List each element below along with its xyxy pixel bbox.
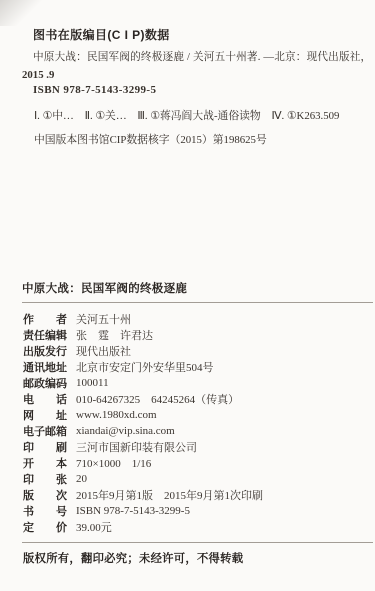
cip-entry-line1: 中原大战：民国军阀的终极逐鹿 / 关河五十州著. —北京：现代出版社， xyxy=(33,51,371,64)
publication-row: 电 话 010-64267325 64245264（传真） xyxy=(23,391,368,407)
publication-row-label: 印 刷 xyxy=(23,439,68,455)
publication-row-value: 39.00元 xyxy=(76,519,112,535)
publication-row-value: 20 xyxy=(76,473,87,485)
publication-row-label: 邮政编码 xyxy=(23,375,68,391)
publication-row-label: 印 张 xyxy=(23,471,68,487)
divider-bottom xyxy=(22,542,373,543)
publication-row-value: 张 霆 许君达 xyxy=(76,327,153,343)
cip-heading: 图书在版编目(C I P)数据 xyxy=(33,28,170,43)
publication-row: 通讯地址 北京市安定门外安华里504号 xyxy=(23,359,368,375)
publication-row: 作 者 关河五十州 xyxy=(23,311,368,327)
publication-row-value: ISBN 978-7-5143-3299-5 xyxy=(76,505,190,517)
publication-row: 印 张 20 xyxy=(23,471,368,487)
publication-row-label: 作 者 xyxy=(23,311,68,327)
publication-row: 开 本 710×1000 1/16 xyxy=(23,455,368,471)
publication-row: 邮政编码 100011 xyxy=(23,375,368,391)
publication-row-value: 现代出版社 xyxy=(76,343,131,359)
publication-row-label: 版 次 xyxy=(23,487,68,503)
publication-row-label: 开 本 xyxy=(23,455,68,471)
publication-row: 书 号 ISBN 978-7-5143-3299-5 xyxy=(23,503,368,519)
publication-row-label: 网 址 xyxy=(23,407,68,423)
publication-row: 网 址 www.1980xd.com xyxy=(23,407,368,423)
publication-row-value: xiandai@vip.sina.com xyxy=(76,425,175,437)
publication-row: 印 刷 三河市国新印装有限公司 xyxy=(23,439,368,455)
copyright-notice: 版权所有，翻印必究；未经许可，不得转载 xyxy=(23,552,243,566)
publication-row-label: 电子邮箱 xyxy=(23,423,68,439)
publication-row: 版 次 2015年9月第1版 2015年9月第1次印刷 xyxy=(23,487,368,503)
publication-row-label: 定 价 xyxy=(23,519,68,535)
publication-row-label: 电 话 xyxy=(23,391,68,407)
publication-row-label: 出版发行 xyxy=(23,343,68,359)
book-title: 中原大战：民国军阀的终极逐鹿 xyxy=(22,282,187,296)
publication-row-value: www.1980xd.com xyxy=(76,409,157,421)
publication-row-value: 三河市国新印装有限公司 xyxy=(76,439,197,455)
cip-entry-line2: 2015 .9 xyxy=(22,69,54,82)
publication-info-table: 作 者 关河五十州 责任编辑 张 霆 许君达 出版发行 现代出版社 通讯地址 北… xyxy=(23,311,368,535)
book-copyright-page: 图书在版编目(C I P)数据 中原大战：民国军阀的终极逐鹿 / 关河五十州著.… xyxy=(0,0,375,591)
publication-row-label: 责任编辑 xyxy=(23,327,68,343)
publication-row-value: 2015年9月第1版 2015年9月第1次印刷 xyxy=(76,487,263,503)
scan-corner-artifact xyxy=(0,0,46,26)
publication-row-value: 北京市安定门外安华里504号 xyxy=(76,359,214,375)
publication-row-label: 书 号 xyxy=(23,503,68,519)
publication-row-value: 关河五十州 xyxy=(76,311,131,327)
publication-row: 电子邮箱 xiandai@vip.sina.com xyxy=(23,423,368,439)
cip-isbn: ISBN 978-7-5143-3299-5 xyxy=(33,84,156,98)
publication-row-value: 100011 xyxy=(76,377,109,389)
divider-top xyxy=(22,302,373,303)
publication-row: 定 价 39.00元 xyxy=(23,519,368,535)
publication-row: 责任编辑 张 霆 许君达 xyxy=(23,327,368,343)
publication-row-label: 通讯地址 xyxy=(23,359,68,375)
cip-record-number: 中国版本图书馆CIP数据核字（2015）第198625号 xyxy=(34,134,267,147)
publication-row-value: 710×1000 1/16 xyxy=(76,455,151,471)
cip-classification: Ⅰ. ①中… Ⅱ. ①关… Ⅲ. ①蒋冯阎大战-通俗读物 Ⅳ. ①K263.50… xyxy=(34,110,339,123)
publication-row: 出版发行 现代出版社 xyxy=(23,343,368,359)
publication-row-value: 010-64267325 64245264（传真） xyxy=(76,391,239,407)
